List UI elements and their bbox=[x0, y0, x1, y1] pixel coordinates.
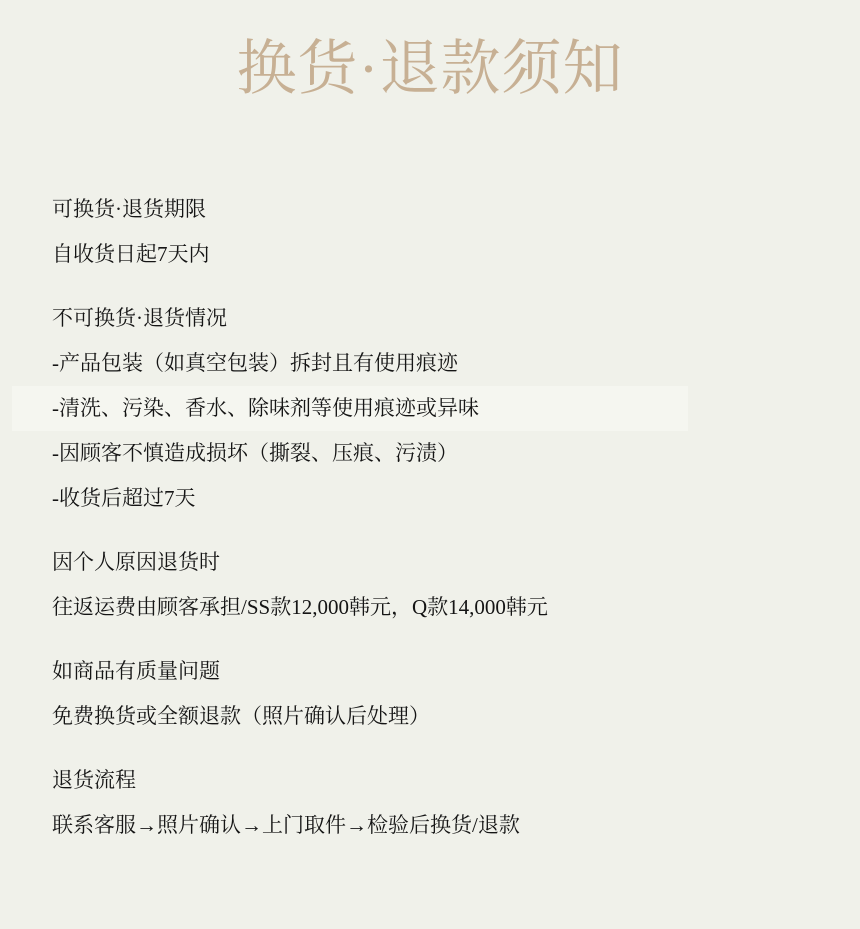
page-title: 换货·退款须知 bbox=[0, 0, 860, 102]
section-heading-personal-reason-return: 因个人原因退货时 bbox=[52, 540, 860, 585]
notice-line: 往返运费由顾客承担/SS款12,000韩元，Q款14,000韩元 bbox=[52, 585, 860, 630]
notice-line: -因顾客不慎造成损坏（撕裂、压痕、污渍） bbox=[52, 431, 860, 476]
notice-line-highlighted: -清洗、污染、香水、除味剂等使用痕迹或异味 bbox=[12, 386, 688, 431]
notice-line: -产品包装（如真空包装）拆封且有使用痕迹 bbox=[52, 341, 860, 386]
section-heading-quality-issue: 如商品有质量问题 bbox=[52, 649, 860, 694]
notice-line: 自收货日起7天内 bbox=[52, 232, 860, 277]
refund-notice-page: 换货·退款须知 可换货·退货期限 自收货日起7天内 不可换货·退货情况 -产品包… bbox=[0, 0, 860, 848]
notice-line: 联系客服→照片确认→上门取件→检验后换货/退款 bbox=[52, 803, 860, 848]
notice-content: 可换货·退货期限 自收货日起7天内 不可换货·退货情况 -产品包装（如真空包装）… bbox=[0, 187, 860, 848]
section-personal-reason-return: 因个人原因退货时 往返运费由顾客承担/SS款12,000韩元，Q款14,000韩… bbox=[52, 540, 860, 630]
section-exchange-return-period: 可换货·退货期限 自收货日起7天内 bbox=[52, 187, 860, 277]
notice-line: -收货后超过7天 bbox=[52, 476, 860, 521]
section-heading-return-process: 退货流程 bbox=[52, 758, 860, 803]
section-heading-exchange-return-period: 可换货·退货期限 bbox=[52, 187, 860, 232]
section-quality-issue: 如商品有质量问题 免费换货或全额退款（照片确认后处理） bbox=[52, 649, 860, 739]
section-heading-non-returnable-cases: 不可换货·退货情况 bbox=[52, 296, 860, 341]
section-return-process: 退货流程 联系客服→照片确认→上门取件→检验后换货/退款 bbox=[52, 758, 860, 848]
notice-line: 免费换货或全额退款（照片确认后处理） bbox=[52, 694, 860, 739]
section-non-returnable-cases: 不可换货·退货情况 -产品包装（如真空包装）拆封且有使用痕迹 -清洗、污染、香水… bbox=[52, 296, 860, 521]
